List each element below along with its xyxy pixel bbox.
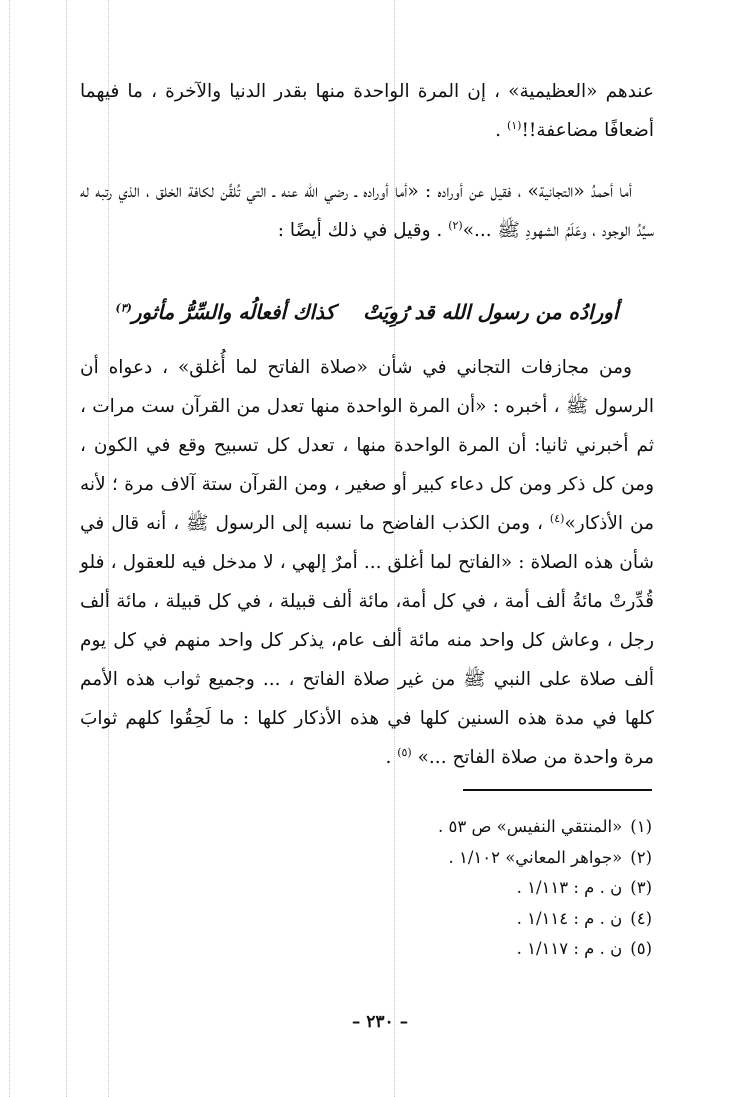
scan-artifact	[66, 0, 67, 1097]
footnote-text: «المنتقي النفيس» ص ٥٣ .	[438, 817, 622, 836]
footnote: (٣)ن . م : ١/١١٣ .	[80, 873, 652, 904]
footnote-number: (١)	[630, 817, 652, 836]
poetry-verse: أورادُه من رسول الله قد رُوِيَتْكذاك أفع…	[80, 294, 654, 330]
footnote-text: «جواهر المعاني» ١/١٠٢ .	[448, 848, 622, 867]
footnote-ref-2: (٢)	[448, 219, 463, 232]
page-number: – ٢٣٠ –	[300, 1012, 460, 1032]
footnote-ref-4: (٤)	[550, 512, 565, 525]
scan-artifact	[9, 0, 10, 1097]
footnote-number: (٥)	[630, 939, 652, 958]
paragraph-1: عندهم «العظيمية» ، إن المرة الواحدة منها…	[80, 72, 654, 150]
footnote-number: (٢)	[630, 848, 652, 867]
paragraph-text: ، ومن الكذب الفاضح ما نسبه إلى الرسول ﷺ …	[80, 513, 654, 768]
paragraph-text: ومن مجازفات التجاني في شأن «صلاة الفاتح …	[80, 357, 654, 534]
footnote: (٢)«جواهر المعاني» ١/١٠٢ .	[80, 843, 652, 874]
footnote-number: (٣)	[630, 878, 652, 897]
footnote: (٤)ن . م : ١/١١٤ .	[80, 904, 652, 935]
paragraph-3: ومن مجازفات التجاني في شأن «صلاة الفاتح …	[80, 348, 654, 777]
footnote-number: (٤)	[630, 909, 652, 928]
footnotes: (١)«المنتقي النفيس» ص ٥٣ . (٢)«جواهر الم…	[80, 812, 652, 965]
footnote-text: ن . م : ١/١١٣ .	[517, 878, 623, 897]
paragraph-end: .	[495, 120, 507, 141]
verse-second-hemistich: كذاك أفعالُه والسِّرُّ مأثور(٣)	[116, 294, 336, 330]
footnote-ref-3: (٣)	[116, 301, 132, 314]
verse-text: كذاك أفعالُه والسِّرُّ مأثور	[132, 300, 335, 324]
verse-first-hemistich: أورادُه من رسول الله قد رُوِيَتْ	[363, 294, 618, 330]
footnote-separator	[463, 789, 652, 791]
book-page: عندهم «العظيمية» ، إن المرة الواحدة منها…	[0, 0, 749, 1097]
footnote-ref-5: (٥)	[397, 746, 412, 759]
footnote: (١)«المنتقي النفيس» ص ٥٣ .	[80, 812, 652, 843]
footnote-text: ن . م : ١/١١٤ .	[517, 909, 623, 928]
footnote-ref-1: (١)	[507, 119, 522, 132]
paragraph-end: .	[385, 747, 397, 768]
paragraph-2: أما أحمدُ «التجانية» ، فقيل عن أوراده : …	[80, 172, 654, 250]
footnote-text: ن . م : ١/١١٧ .	[517, 939, 623, 958]
footnote: (٥)ن . م : ١/١١٧ .	[80, 934, 652, 965]
paragraph-text: عندهم «العظيمية» ، إن المرة الواحدة منها…	[80, 81, 654, 141]
paragraph-end: . وقيل في ذلك أيضًا :	[278, 220, 448, 241]
